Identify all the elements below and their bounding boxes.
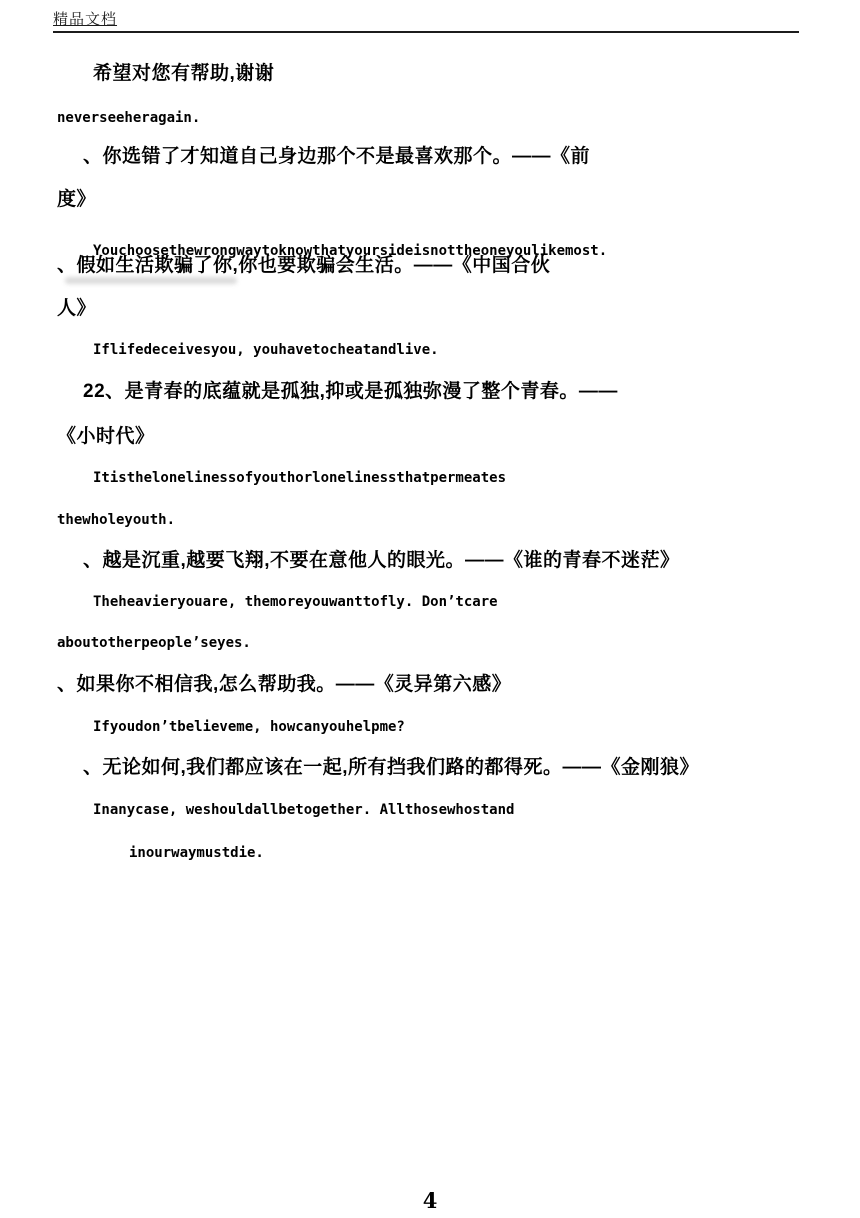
document-line: 、无论如何,我们都应该在一起,所有挡我们路的都得死。——《金刚狼》 bbox=[83, 757, 699, 779]
page-number: 4 bbox=[423, 1188, 438, 1213]
document-line: inourwaymustdie. bbox=[129, 842, 264, 864]
document-line: 、假如生活欺骗了你,你也要欺骗会生活。——《中国合伙 bbox=[57, 255, 550, 277]
document-line: Theheavieryouare, themoreyouwanttofly. D… bbox=[93, 591, 498, 613]
page-footer: 4 bbox=[0, 1188, 860, 1213]
document-line: aboutotherpeople’seyes. bbox=[57, 632, 251, 654]
document-line: thewholeyouth. bbox=[57, 509, 175, 531]
document-line: Ifyoudon’tbelieveme, howcanyouhelpme? bbox=[93, 716, 405, 738]
document-body: 希望对您有帮助,谢谢neverseeheragain.、你选错了才知道自己身边那… bbox=[57, 0, 827, 1100]
document-line: Inanycase, weshouldallbetogether. Alltho… bbox=[93, 799, 514, 821]
scan-smudge-artifact bbox=[65, 277, 237, 284]
document-line: 22、是青春的底蕴就是孤独,抑或是孤独弥漫了整个青春。—— bbox=[83, 381, 618, 403]
document-line: 、如果你不相信我,怎么帮助我。——《灵异第六感》 bbox=[57, 674, 511, 696]
document-line: Iflifedeceivesyou, youhavetocheatandlive… bbox=[93, 339, 439, 361]
document-line: Itisthelonelinessofyouthorlonelinessthat… bbox=[93, 467, 506, 489]
document-line: 、越是沉重,越要飞翔,不要在意他人的眼光。——《谁的青春不迷茫》 bbox=[83, 550, 680, 572]
document-line: 希望对您有帮助,谢谢 bbox=[93, 63, 274, 85]
document-line: 、你选错了才知道自己身边那个不是最喜欢那个。——《前 bbox=[83, 146, 590, 168]
document-line: 人》 bbox=[57, 298, 96, 320]
document-page: 精品文档 希望对您有帮助,谢谢neverseeheragain.、你选错了才知道… bbox=[0, 0, 860, 1218]
document-line: 《小时代》 bbox=[57, 426, 155, 448]
document-line: 度》 bbox=[57, 189, 96, 211]
document-line: neverseeheragain. bbox=[57, 107, 200, 129]
